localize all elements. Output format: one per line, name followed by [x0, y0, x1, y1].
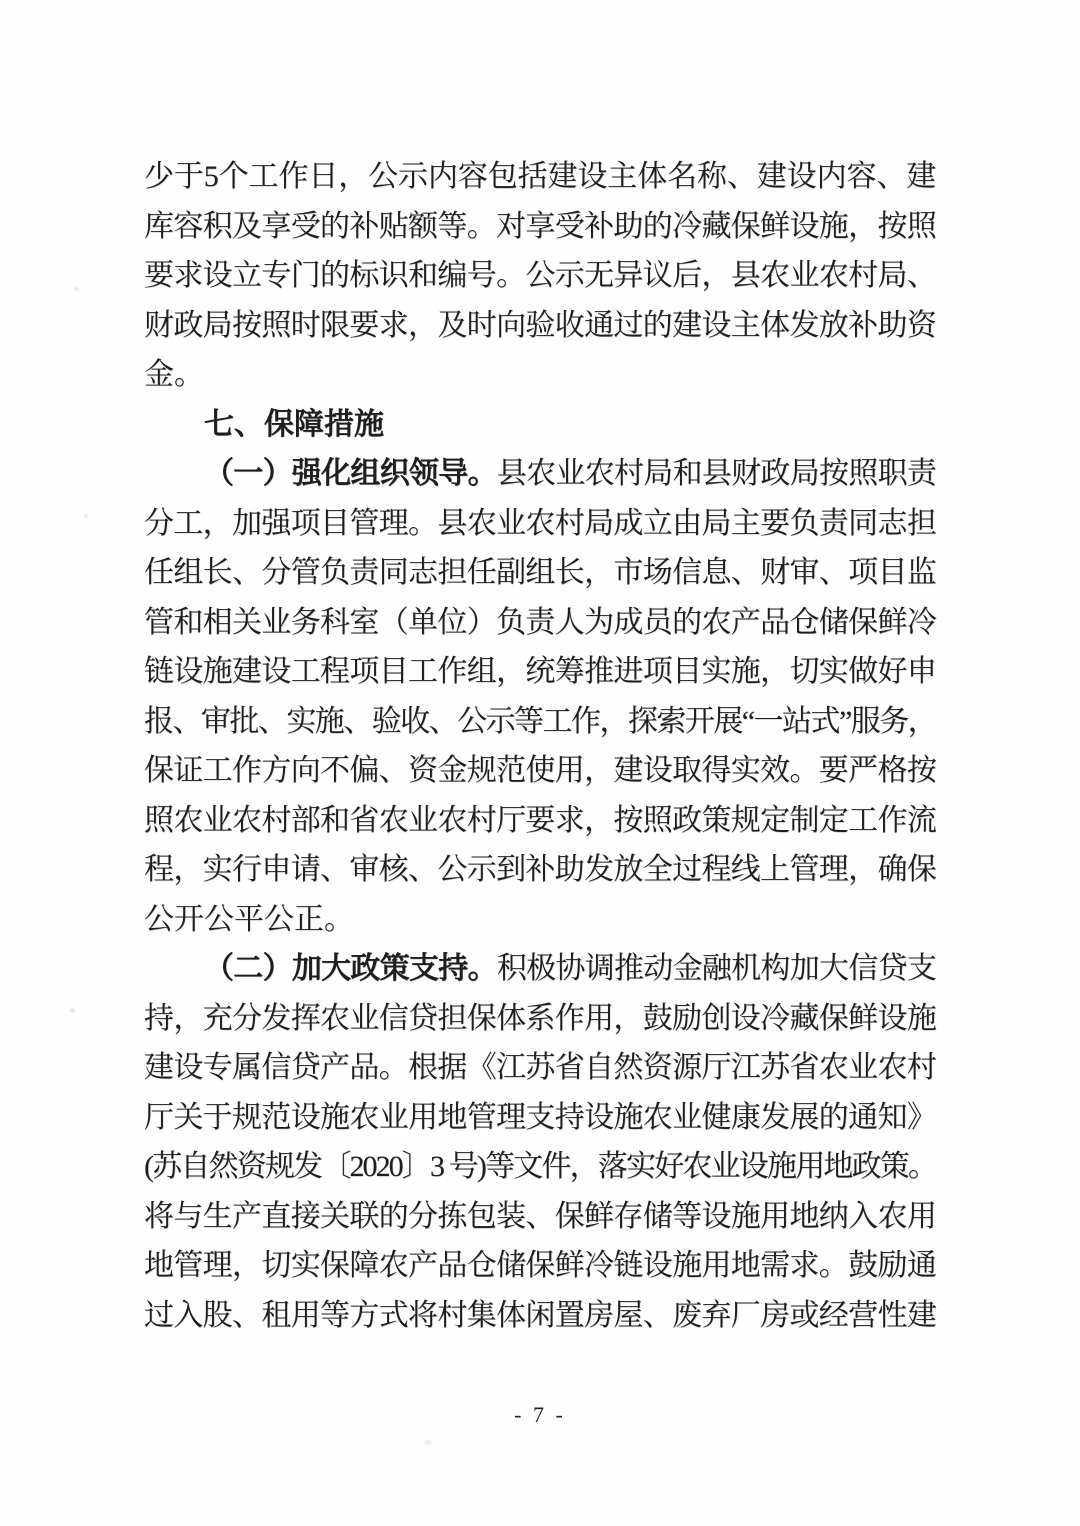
document-line: 建设专属信贷产品。根据《江苏省自然资源厅江苏省农业农村: [144, 1043, 936, 1093]
document-line: 链设施建设工程项目工作组，统筹推进项目实施，切实做好申: [144, 647, 936, 697]
document-line: 照农业农村部和省农业农村厅要求，按照政策规定制定工作流: [144, 796, 936, 846]
section-heading: 七、保障措施: [144, 400, 936, 450]
document-line: 持，充分发挥农业信贷担保体系作用，鼓励创设冷藏保鲜设施: [144, 994, 936, 1044]
document-body: 少于5个工作日，公示内容包括建设主体名称、建设内容、建库容积及享受的补贴额等。对…: [144, 152, 936, 1340]
document-line: 少于5个工作日，公示内容包括建设主体名称、建设内容、建: [144, 152, 936, 202]
document-line: 将与生产直接关联的分拣包装、保鲜存储等设施用地纳入农用: [144, 1192, 936, 1242]
document-line: 金。: [144, 350, 936, 400]
document-page: 少于5个工作日，公示内容包括建设主体名称、建设内容、建库容积及享受的补贴额等。对…: [0, 0, 1080, 1526]
paragraph-lead-bold: （二）加大政策支持。: [204, 952, 497, 985]
document-line: 程，实行申请、审核、公示到补助发放全过程线上管理，确保: [144, 845, 936, 895]
document-line: 过入股、租用等方式将村集体闲置房屋、废弃厂房或经营性建: [144, 1291, 936, 1341]
document-line: 地管理，切实保障农产品仓储保鲜冷链设施用地需求。鼓励通: [144, 1241, 936, 1291]
document-line: 报、审批、实施、验收、公示等工作，探索开展“一站式”服务，: [144, 697, 936, 747]
document-line: 财政局按照时限要求，及时向验收通过的建设主体发放补助资: [144, 301, 936, 351]
page-number: - 7 -: [0, 1402, 1080, 1428]
scan-speck: [70, 1008, 75, 1013]
document-line: 分工，加强项目管理。县农业农村局成立由局主要负责同志担: [144, 499, 936, 549]
document-line: (苏自然资规发〔2020〕3 号)等文件，落实好农业设施用地政策。: [144, 1142, 936, 1192]
scan-speck: [424, 1440, 432, 1445]
document-line: 库容积及享受的补贴额等。对享受补助的冷藏保鲜设施，按照: [144, 202, 936, 252]
document-line: 保证工作方向不偏、资金规范使用，建设取得实效。要严格按: [144, 746, 936, 796]
scan-speck: [74, 287, 79, 291]
document-line: （一）强化组织领导。县农业农村局和县财政局按照职责: [144, 449, 936, 499]
document-line: （二）加大政策支持。积极协调推动金融机构加大信贷支: [144, 944, 936, 994]
scan-speck: [84, 514, 88, 518]
paragraph-lead-bold: （一）强化组织领导。: [204, 457, 497, 490]
document-line: 管和相关业务科室（单位）负责人为成员的农产品仓储保鲜冷: [144, 598, 936, 648]
document-line: 厅关于规范设施农业用地管理支持设施农业健康发展的通知》: [144, 1093, 936, 1143]
document-line: 任组长、分管负责同志担任副组长，市场信息、财审、项目监: [144, 548, 936, 598]
document-line: 公开公平公正。: [144, 895, 936, 945]
document-line: 要求设立专门的标识和编号。公示无异议后，县农业农村局、: [144, 251, 936, 301]
